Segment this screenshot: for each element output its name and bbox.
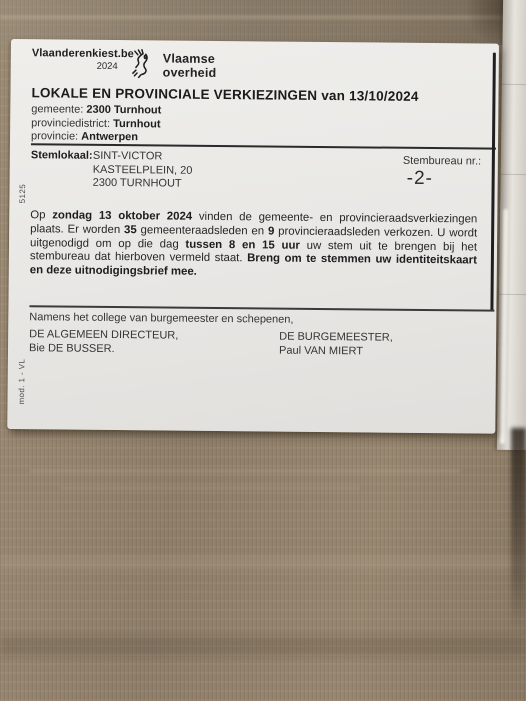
envelope-wrinkle	[501, 174, 526, 175]
brand-site-name: Vlaanderenkiest.be	[32, 47, 118, 60]
voting-invitation-card: Vlaanderenkiest.be 2024 Vlaamse overheid…	[7, 39, 499, 434]
right-margin-bar	[490, 53, 495, 311]
envelope-crease-highlight	[500, 209, 508, 444]
form-code-top: 5125	[18, 181, 27, 207]
polling-station-address: SINT-VICTOR KASTEELPLEIN, 20 2300 TURNHO…	[93, 150, 193, 191]
signature-director: DE ALGEMEEN DIRECTEUR, Bie DE BUSSER.	[29, 327, 178, 356]
vlaanderenkiest-logo: Vlaanderenkiest.be 2024	[32, 47, 118, 72]
polling-station-block: Stemlokaal: SINT-VICTOR KASTEELPLEIN, 20…	[31, 149, 193, 191]
body-segment-bold: 35	[124, 224, 137, 236]
election-title: LOKALE EN PROVINCIALE VERKIEZINGEN van 1…	[31, 85, 418, 104]
district-label: provinciedistrict:	[31, 117, 110, 130]
form-code-bottom: mod. 1 - VL	[17, 356, 26, 408]
info-row-district: provinciedistrict: Turnhout	[31, 117, 161, 132]
info-row-gemeente: gemeente: 2300 Turnhout	[31, 103, 161, 118]
municipality-info: gemeente: 2300 Turnhout provinciedistric…	[31, 103, 161, 145]
wood-top-band	[0, 0, 526, 45]
location-name: SINT-VICTOR	[93, 150, 193, 164]
stembureau-number: -2-	[407, 168, 433, 190]
gov-line2: overheid	[163, 65, 217, 80]
envelope-shadow	[511, 428, 526, 633]
body-segment-bold: tussen 8 en 15 uur	[185, 238, 300, 251]
mayor-role: DE BURGEMEESTER,	[279, 330, 393, 345]
wood-grain-streak	[0, 636, 526, 656]
crumpled-envelope	[497, 0, 526, 450]
wood-grain-streak	[30, 470, 460, 472]
location-city: 2300 TURNHOUT	[93, 177, 193, 191]
header-brand-row: Vlaanderenkiest.be 2024 Vlaamse overheid	[32, 47, 217, 84]
wood-grain-streak	[0, 556, 526, 570]
district-value: Turnhout	[113, 117, 161, 129]
gov-line1: Vlaamse	[163, 51, 217, 66]
body-segment: Op	[30, 209, 52, 221]
flemish-lion-icon	[128, 48, 154, 83]
body-segment-bold: zondag 13 oktober 2024	[52, 209, 192, 222]
stembureau-label: Stembureau nr.:	[403, 155, 481, 168]
horizontal-rule-top	[31, 143, 496, 149]
body-segment: gemeenteraadsleden en	[137, 224, 268, 237]
signature-mayor: DE BURGEMEESTER, Paul VAN MIERT	[279, 330, 393, 359]
provincie-label: provincie:	[31, 130, 78, 142]
invitation-body-text: Op zondag 13 oktober 2024 vinden de geme…	[30, 209, 478, 282]
stemlokaal-label: Stemlokaal:	[31, 149, 93, 190]
vlaamse-overheid-wordmark: Vlaamse overheid	[163, 51, 217, 80]
on-behalf-line: Namens het college van burgemeester en s…	[29, 311, 293, 326]
wood-grain-streak	[60, 487, 360, 489]
gemeente-value: 2300 Turnhout	[86, 104, 161, 117]
provincie-value: Antwerpen	[81, 131, 138, 144]
location-street: KASTEELPLEIN, 20	[93, 163, 193, 177]
wood-grain-streak	[0, 16, 526, 19]
mayor-name: Paul VAN MIERT	[279, 344, 393, 359]
director-role: DE ALGEMEEN DIRECTEUR,	[29, 327, 178, 342]
brand-year: 2024	[32, 60, 118, 72]
gemeente-label: gemeente:	[31, 103, 83, 115]
horizontal-rule-bottom	[29, 305, 494, 311]
director-name: Bie DE BUSSER.	[29, 341, 178, 356]
envelope-wrinkle	[502, 84, 526, 85]
